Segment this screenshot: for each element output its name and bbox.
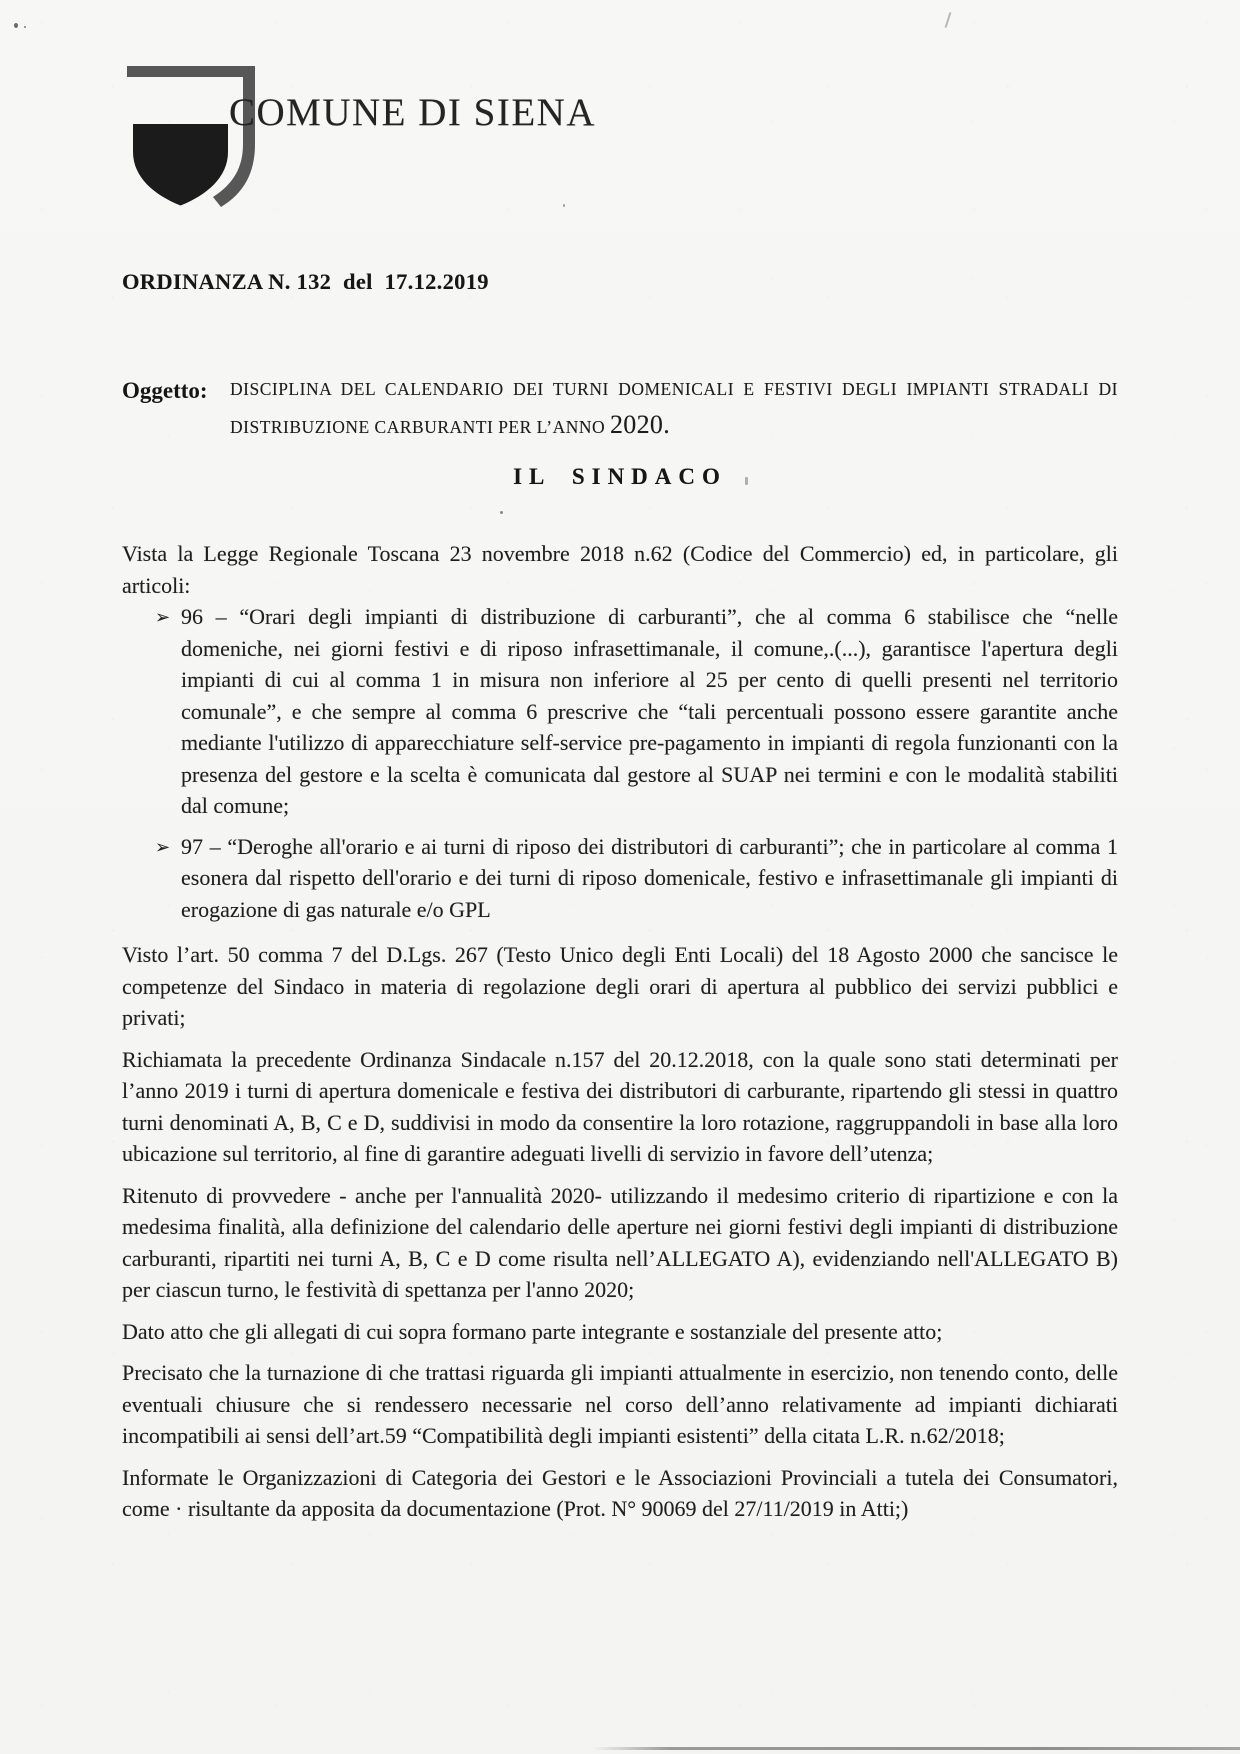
- scan-artifact: [745, 477, 748, 485]
- paragraph-richiamata: Richiamata la precedente Ordinanza Sinda…: [122, 1044, 1118, 1170]
- scan-artifact: [500, 511, 503, 514]
- paragraph-vista-legge: Vista la Legge Regionale Toscana 23 nove…: [122, 538, 1118, 601]
- scan-artifact: [563, 204, 565, 207]
- scan-artifact: [14, 23, 18, 28]
- subject-block: Oggetto: DISCIPLINA DEL CALENDARIO DEI T…: [122, 377, 1118, 440]
- subject-text: DISCIPLINA DEL CALENDARIO DEI TURNI DOME…: [230, 377, 1118, 440]
- subject-line-2: DISTRIBUZIONE CARBURANTI PER L’ANNO 2020…: [230, 410, 1118, 440]
- list-item-art-97-text: 97 – “Deroghe all'orario e ai turni di r…: [181, 834, 1118, 922]
- bullet-list: ➢ 96 – “Orari degli impianti di distribu…: [122, 601, 1118, 925]
- paragraph-dato-atto: Dato atto che gli allegati di cui sopra …: [122, 1316, 1118, 1348]
- logo-title: COMUNE DI SIENA: [229, 90, 596, 135]
- list-item-art-97: ➢ 97 – “Deroghe all'orario e ai turni di…: [122, 831, 1118, 926]
- siena-shield-icon: [118, 56, 268, 216]
- subject-line-2-text: DISTRIBUZIONE CARBURANTI PER L’ANNO: [230, 417, 610, 437]
- arrow-bullet-icon: ➢: [155, 832, 170, 864]
- subject-label: Oggetto:: [122, 378, 208, 404]
- scanned-document-page: COMUNE DI SIENA ORDINANZA N. 132 del 17.…: [0, 0, 1240, 1754]
- document-body: Vista la Legge Regionale Toscana 23 nove…: [122, 538, 1118, 1525]
- scan-edge-line: [592, 1747, 1240, 1750]
- list-item-art-96-text: 96 – “Orari degli impianti di distribuzi…: [181, 604, 1118, 818]
- il-sindaco-heading: IL SINDACO: [122, 464, 1118, 490]
- paragraph-ritenuto: Ritenuto di provvedere - anche per l'ann…: [122, 1180, 1118, 1306]
- paragraph-precisato: Precisato che la turnazione di che tratt…: [122, 1357, 1118, 1452]
- paragraph-visto-art-50: Visto l’art. 50 comma 7 del D.Lgs. 267 (…: [122, 939, 1118, 1034]
- subject-year: 2020.: [610, 410, 670, 439]
- arrow-bullet-icon: ➢: [155, 602, 170, 634]
- scan-artifact: [24, 26, 26, 28]
- paragraph-informate: Informate le Organizzazioni di Categoria…: [122, 1462, 1118, 1525]
- ordinance-title: ORDINANZA N. 132 del 17.12.2019: [122, 269, 489, 295]
- list-item-art-96: ➢ 96 – “Orari degli impianti di distribu…: [122, 601, 1118, 822]
- scan-artifact: [945, 12, 952, 28]
- subject-line-1: DISCIPLINA DEL CALENDARIO DEI TURNI DOME…: [230, 377, 1118, 401]
